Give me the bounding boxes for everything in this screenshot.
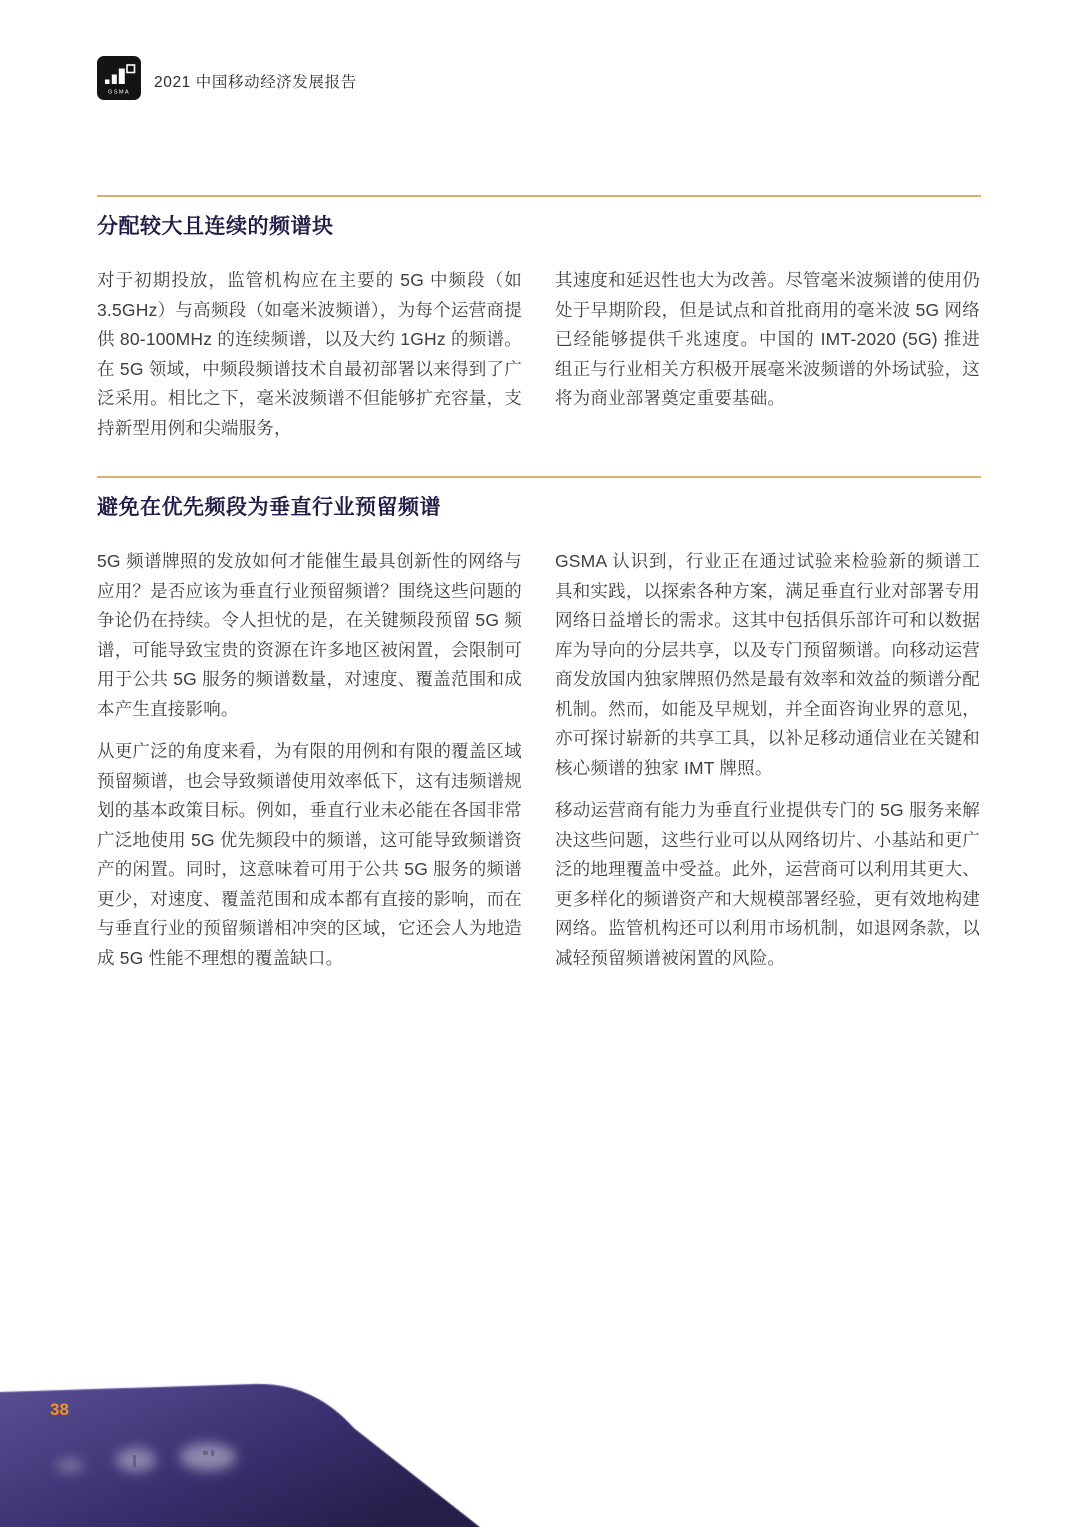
gold-divider xyxy=(97,195,981,197)
text-column-left: 5G 频谱牌照的发放如何才能催生最具创新性的网络与应用？是否应该为垂直行业预留频… xyxy=(97,547,522,973)
page-header: GSMA 2021 中国移动经济发展报告 xyxy=(97,56,357,105)
two-column-text: 5G 频谱牌照的发放如何才能催生最具创新性的网络与应用？是否应该为垂直行业预留频… xyxy=(97,547,981,973)
page-number: 38 xyxy=(50,1400,69,1420)
gold-divider xyxy=(97,476,981,478)
text-column-right: GSMA 认识到，行业正在通过试验来检验新的频谱工具和实践，以探索各种方案，满足… xyxy=(555,547,980,973)
section-avoid-reservation: 避免在优先频段为垂直行业预留频谱 5G 频谱牌照的发放如何才能催生最具创新性的网… xyxy=(97,476,981,973)
watermark-smudge xyxy=(211,1450,214,1456)
section-heading: 避免在优先频段为垂直行业预留频谱 xyxy=(97,495,981,521)
body-paragraph: 对于初期投放，监管机构应在主要的 5G 中频段（如 3.5GHz）与高频段（如毫… xyxy=(97,266,522,443)
gsma-logo: GSMA xyxy=(97,56,141,105)
body-paragraph: 其速度和延迟性也大为改善。尽管毫米波频谱的使用仍处于早期阶段，但是试点和首批商用… xyxy=(555,266,980,414)
bar-chart-icon: GSMA xyxy=(97,56,141,100)
body-paragraph: 5G 频谱牌照的发放如何才能催生最具创新性的网络与应用？是否应该为垂直行业预留频… xyxy=(97,547,522,724)
watermark-blob xyxy=(116,1448,156,1472)
body-paragraph: 从更广泛的角度来看，为有限的用例和有限的覆盖区域预留频谱，也会导致频谱使用效率低… xyxy=(97,737,522,973)
two-column-text: 对于初期投放，监管机构应在主要的 5G 中频段（如 3.5GHz）与高频段（如毫… xyxy=(97,266,981,443)
report-title: 2021 中国移动经济发展报告 xyxy=(154,70,357,92)
text-column-right: 其速度和延迟性也大为改善。尽管毫米波频谱的使用仍处于早期阶段，但是试点和首批商用… xyxy=(555,266,980,443)
body-paragraph: 移动运营商有能力为垂直行业提供专门的 5G 服务来解决这些问题，这些行业可以从网… xyxy=(555,796,980,973)
section-heading: 分配较大且连续的频谱块 xyxy=(97,214,981,240)
gsma-logo-text: GSMA xyxy=(108,90,130,96)
footer-wave-decoration xyxy=(0,1380,1080,1527)
section-spectrum-blocks: 分配较大且连续的频谱块 对于初期投放，监管机构应在主要的 5G 中频段（如 3.… xyxy=(97,195,981,443)
report-page: GSMA 2021 中国移动经济发展报告 分配较大且连续的频谱块 对于初期投放，… xyxy=(0,0,1080,1527)
watermark-blob xyxy=(56,1459,84,1472)
watermark-smudge xyxy=(133,1455,136,1467)
watermark-blob xyxy=(180,1443,236,1471)
watermark-smudge xyxy=(203,1451,208,1455)
body-paragraph: GSMA 认识到，行业正在通过试验来检验新的频谱工具和实践，以探索各种方案，满足… xyxy=(555,547,980,783)
text-column-left: 对于初期投放，监管机构应在主要的 5G 中频段（如 3.5GHz）与高频段（如毫… xyxy=(97,266,522,443)
